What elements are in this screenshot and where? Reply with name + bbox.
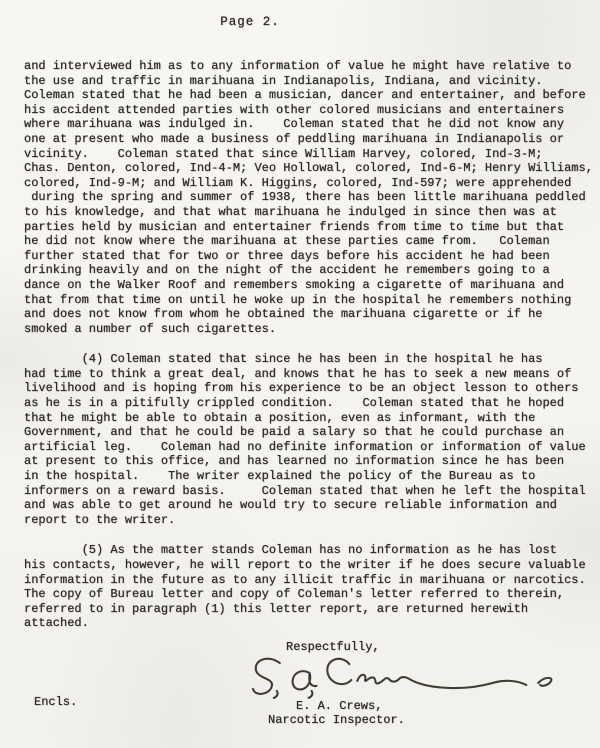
- enclosures-note: Encls.: [34, 695, 77, 709]
- signature-stroke-end-curl: [538, 678, 551, 686]
- signature-stroke-a: [293, 671, 317, 689]
- signature-icon: [246, 654, 564, 702]
- salutation: Respectfully,: [286, 640, 380, 654]
- paragraph-item-4: (4) Coleman stated that since he has bee…: [24, 352, 600, 527]
- document-body: and interviewed him as to any informatio…: [24, 59, 600, 647]
- signer-title: Narcotic Inspector.: [268, 713, 405, 727]
- document-page: Page 2. and interviewed him as to any in…: [0, 0, 600, 748]
- signature-stroke-c: [327, 659, 351, 684]
- signature-stroke-a-comma: [309, 691, 313, 698]
- signer-name: E. A. Crews,: [296, 699, 382, 713]
- paragraph-item-5: (5) As the matter stands Coleman has no …: [24, 543, 600, 631]
- paragraph-continuation: and interviewed him as to any informatio…: [24, 59, 600, 336]
- signature-stroke-e-comma: [274, 691, 278, 698]
- signature-stroke-e: [253, 659, 280, 694]
- signature-stroke-rews-flourish: [357, 675, 526, 688]
- page-number: Page 2.: [0, 15, 500, 29]
